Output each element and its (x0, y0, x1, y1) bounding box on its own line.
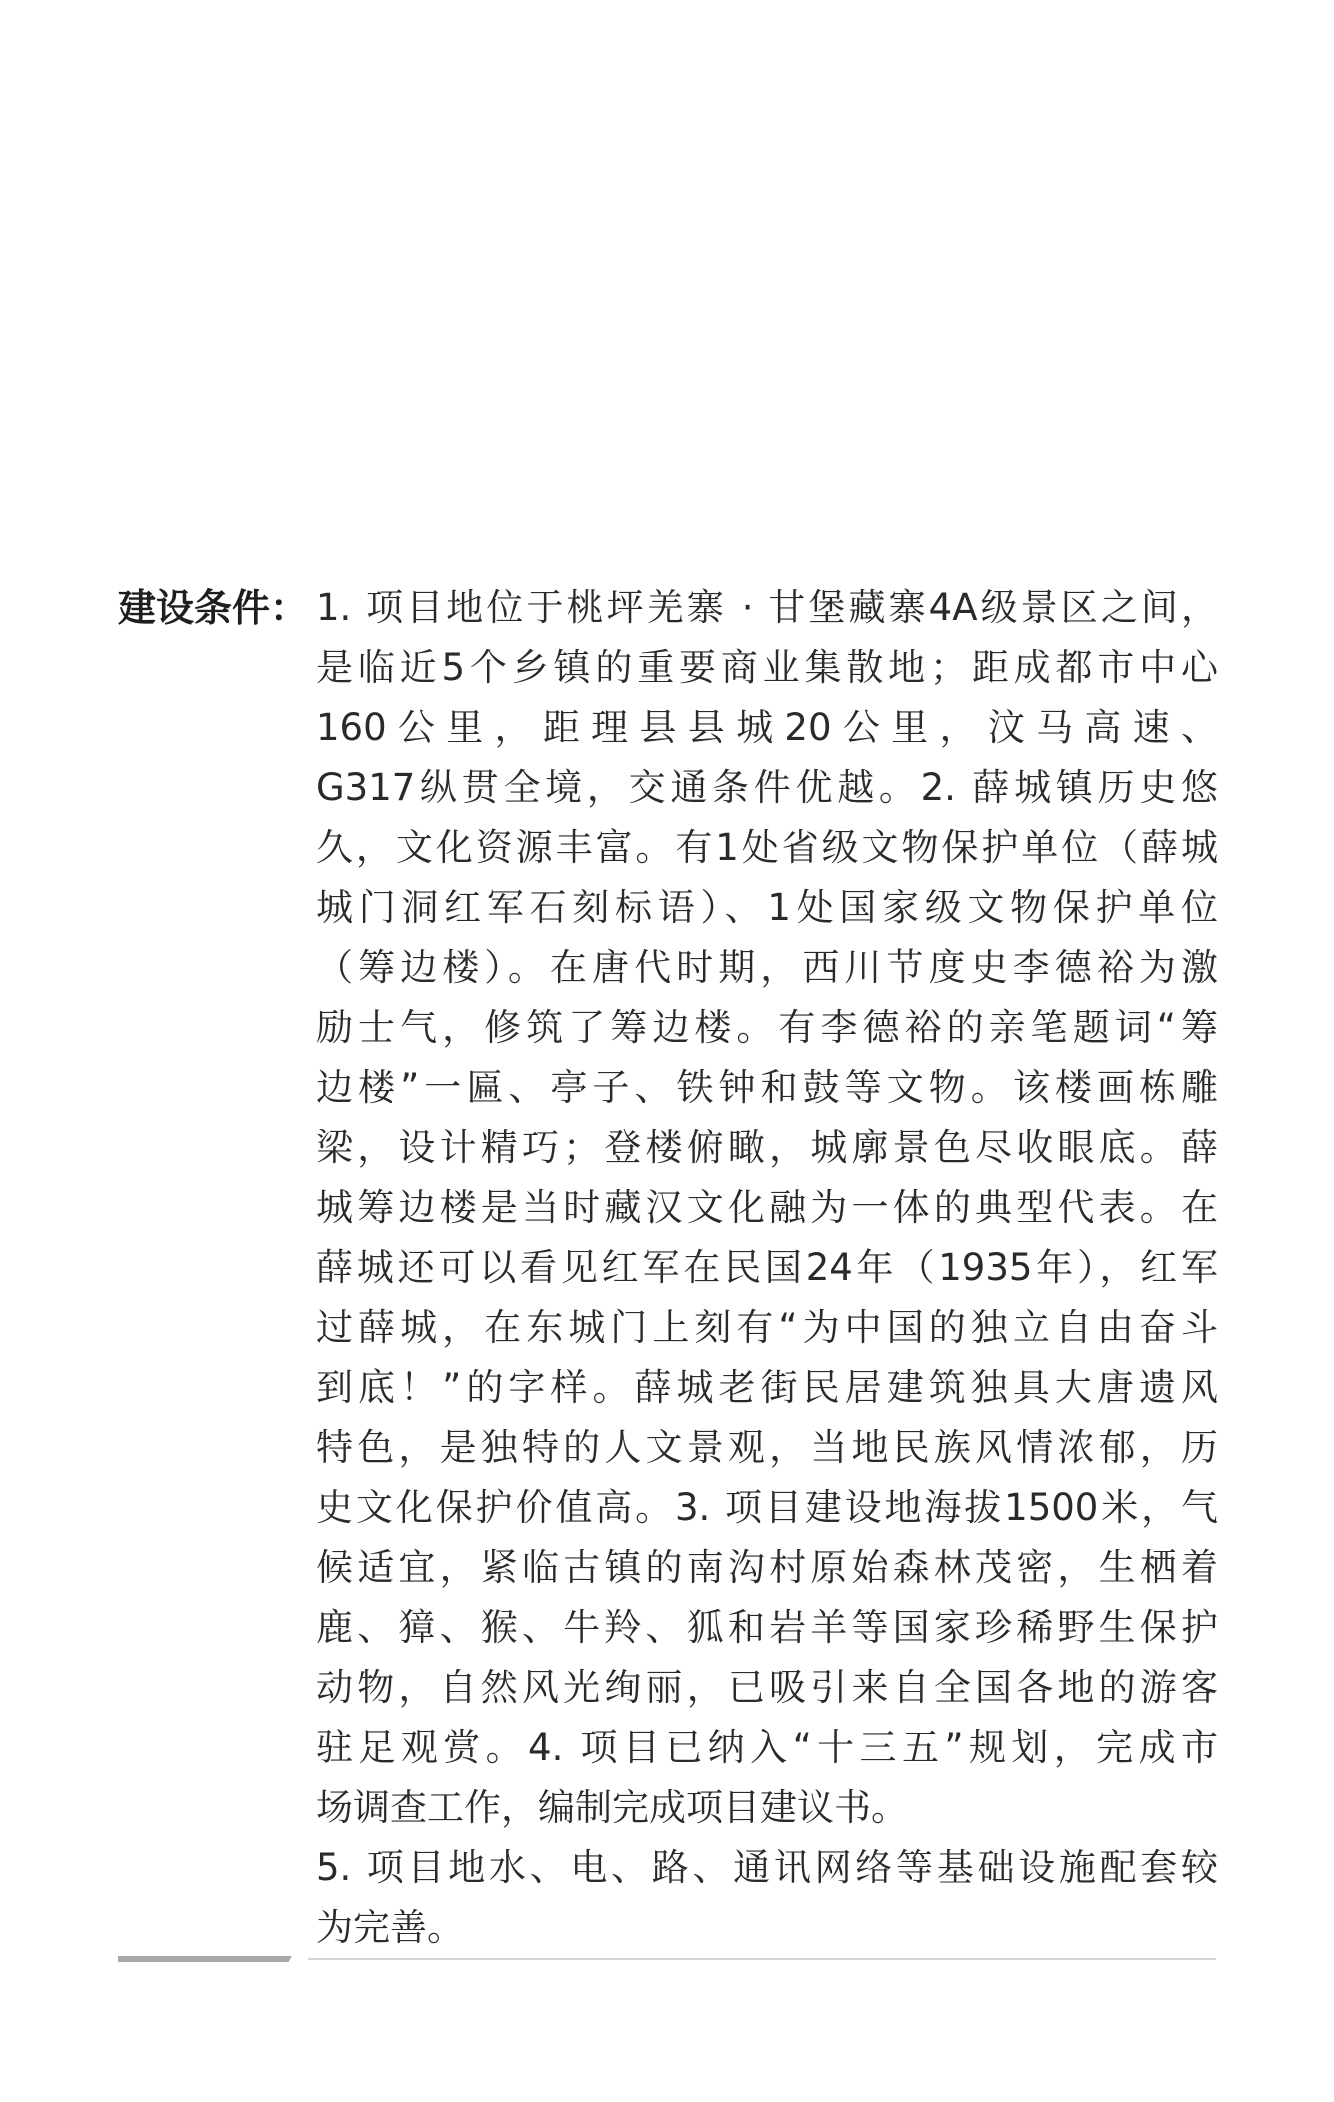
body-line: 动物，自然风光绚丽，已吸引来自全国各地的游客 (316, 1658, 1218, 1718)
body-line: 梁，设计精巧；登楼俯瞰，城廓景色尽收眼底。薛 (316, 1118, 1218, 1178)
divider-thick-segment (118, 1956, 292, 1962)
body-line: 薛城还可以看见红军在民国24年（1935年），红军 (316, 1238, 1218, 1298)
divider-thin-segment (308, 1958, 1216, 1960)
body-line: 史文化保护价值高。3. 项目建设地海拔1500米，气 (316, 1478, 1218, 1538)
body-line: 城门洞红军石刻标语）、1处国家级文物保护单位 (316, 878, 1218, 938)
body-line: 到底！”的字样。薛城老街民居建筑独具大唐遗风 (316, 1358, 1218, 1418)
body-line: 特色，是独特的人文景观，当地民族风情浓郁，历 (316, 1418, 1218, 1478)
body-line: 过薛城，在东城门上刻有“为中国的独立自由奋斗 (316, 1298, 1218, 1358)
body-line: 160公里，距理县县城20公里，汶马高速、 (316, 698, 1218, 758)
section-label: 建设条件： (118, 578, 316, 638)
body-line: 是临近5个乡镇的重要商业集散地；距成都市中心 (316, 638, 1218, 698)
body-line: 驻足观赏。4. 项目已纳入“十三五”规划，完成市 (316, 1718, 1218, 1778)
body-line: 场调查工作，编制完成项目建议书。 (316, 1778, 1218, 1838)
body-line: 候适宜，紧临古镇的南沟村原始森林茂密，生栖着 (316, 1538, 1218, 1598)
body-line: 边楼”一匾、亭子、铁钟和鼓等文物。该楼画栋雕 (316, 1058, 1218, 1118)
body-line: 励士气，修筑了筹边楼。有李德裕的亲笔题词“筹 (316, 998, 1218, 1058)
body-line: G317纵贯全境，交通条件优越。2. 薛城镇历史悠 (316, 758, 1218, 818)
body-line: 1. 项目地位于桃坪羌寨 · 甘堡藏寨4A级景区之间， (316, 578, 1218, 638)
body-line: 久，文化资源丰富。有1处省级文物保护单位（薛城 (316, 818, 1218, 878)
section-body: 1. 项目地位于桃坪羌寨 · 甘堡藏寨4A级景区之间， 是临近5个乡镇的重要商业… (316, 578, 1218, 1958)
body-line: 5. 项目地水、电、路、通讯网络等基础设施配套较 (316, 1838, 1218, 1898)
body-line: （筹边楼）。在唐代时期，西川节度史李德裕为激 (316, 938, 1218, 998)
body-line: 城筹边楼是当时藏汉文化融为一体的典型代表。在 (316, 1178, 1218, 1238)
construction-conditions-section: 建设条件： 1. 项目地位于桃坪羌寨 · 甘堡藏寨4A级景区之间， 是临近5个乡… (118, 578, 1218, 1958)
footer-divider (118, 1956, 1218, 1964)
body-line: 为完善。 (316, 1898, 1218, 1958)
body-line: 鹿、獐、猴、牛羚、狐和岩羊等国家珍稀野生保护 (316, 1598, 1218, 1658)
